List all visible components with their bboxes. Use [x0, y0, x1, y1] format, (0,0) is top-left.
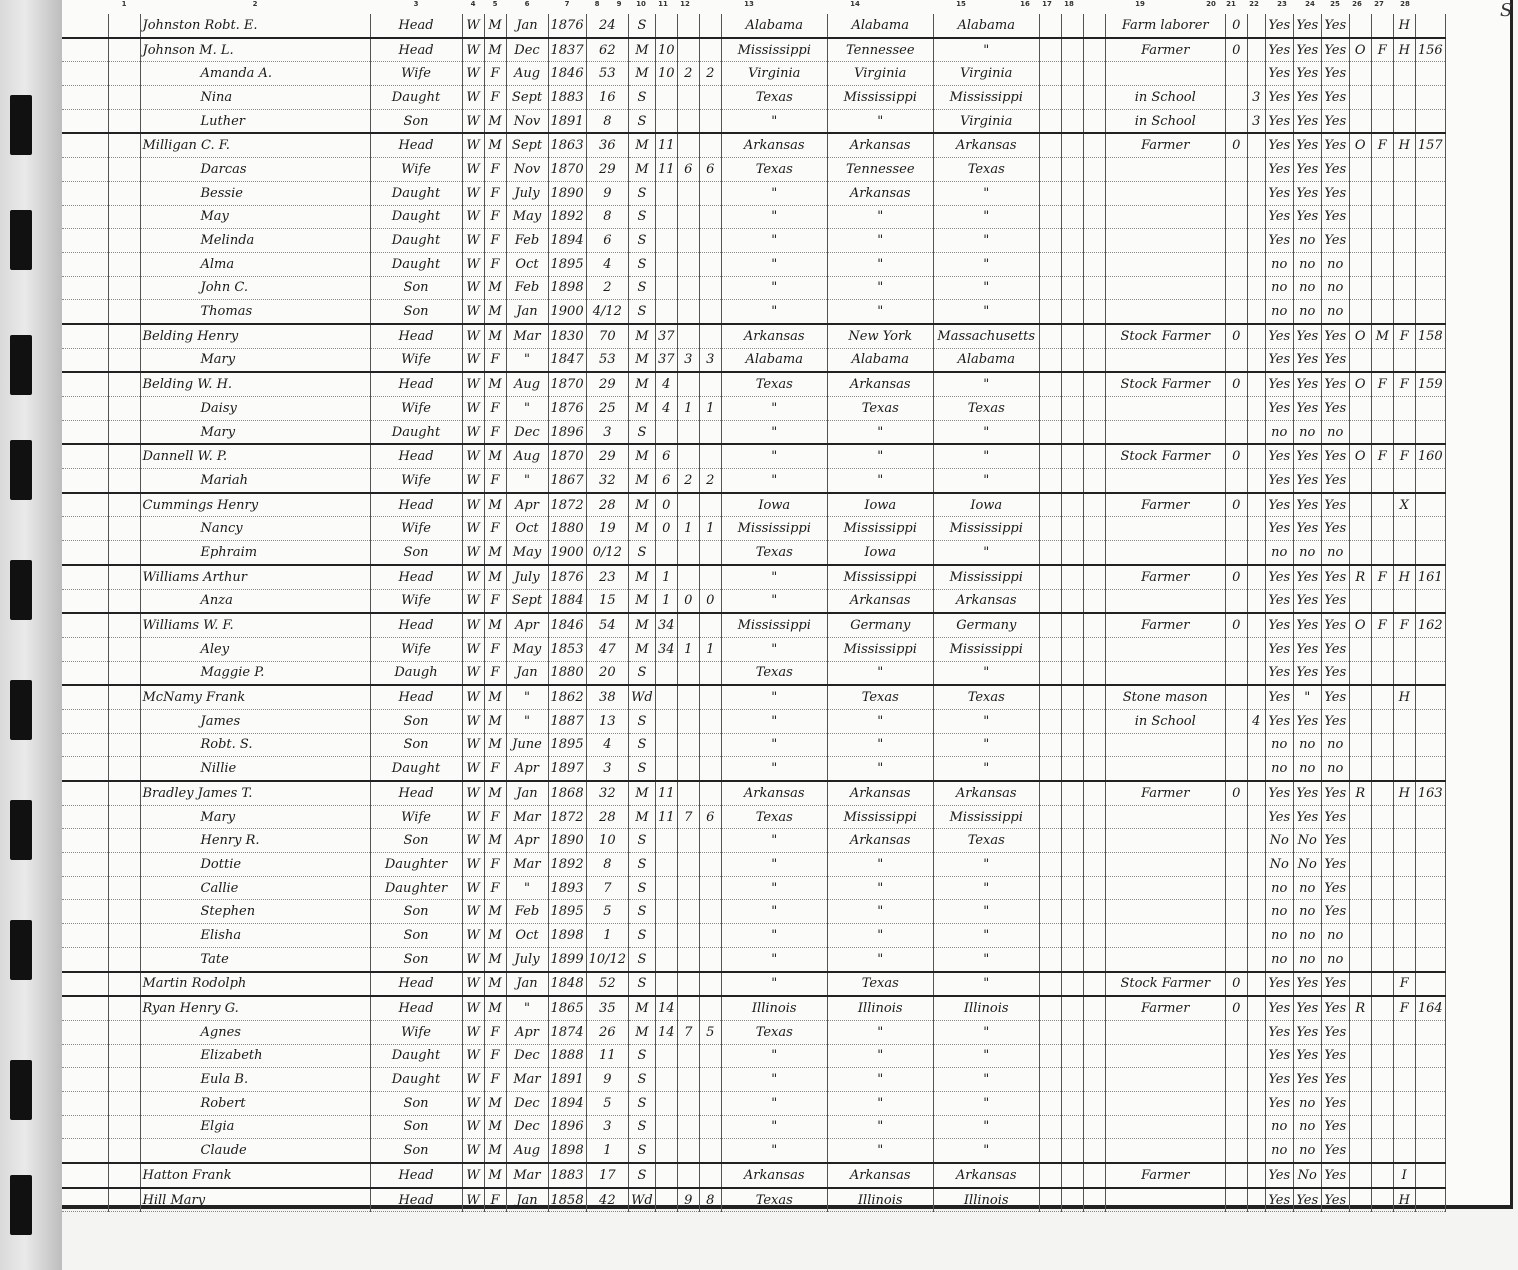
months-unemployed-cell	[1225, 733, 1247, 757]
census-row: Dannell W. P.HeadWMAug187029M6"""Stock F…	[62, 444, 1445, 468]
father-birthplace-cell: "	[827, 1068, 933, 1092]
birth-year-cell: 1872	[548, 493, 586, 517]
farm-schedule-cell	[1415, 181, 1445, 205]
free-mortgaged-cell: M	[1371, 324, 1393, 348]
col-16-cell	[1039, 613, 1061, 637]
mother-birthplace-cell: "	[933, 661, 1039, 685]
farm-schedule-cell	[1415, 757, 1445, 781]
birth-year-cell: 1846	[548, 62, 586, 86]
birth-year-cell: 1891	[548, 109, 586, 133]
marital-cell: S	[629, 229, 656, 253]
farm-schedule-cell	[1415, 1044, 1445, 1068]
father-birthplace-cell: Virginia	[827, 62, 933, 86]
children-born-cell	[677, 1139, 699, 1163]
children-born-cell	[677, 685, 699, 709]
birth-year-cell: 1848	[548, 972, 586, 997]
margin-family-cell	[108, 493, 140, 517]
birthplace-cell: "	[721, 1044, 827, 1068]
census-row: Eula B.DaughtWFMar18919S"""YesYesYes	[62, 1068, 1445, 1092]
census-row: StephenSonWMFeb18955S"""nonoYes	[62, 900, 1445, 924]
farm-schedule-cell	[1415, 1068, 1445, 1092]
col-18-cell	[1083, 1139, 1105, 1163]
father-birthplace-cell: Arkansas	[827, 829, 933, 853]
census-row: Belding HenryHeadWMMar183070M37ArkansasN…	[62, 324, 1445, 348]
children-living-cell	[699, 613, 721, 637]
margin-family-cell	[108, 996, 140, 1020]
farm-schedule-cell	[1415, 853, 1445, 877]
farm-schedule-cell: 158	[1415, 324, 1445, 348]
color-cell: W	[462, 876, 484, 900]
birth-month-cell: Mar	[506, 1068, 548, 1092]
marital-cell: M	[629, 372, 656, 396]
school-months-cell	[1247, 1163, 1265, 1188]
can-read-cell: no	[1265, 757, 1293, 781]
birth-year-cell: 1896	[548, 420, 586, 444]
age-cell: 53	[586, 62, 628, 86]
col-16-cell	[1039, 1188, 1061, 1212]
marital-cell: M	[629, 62, 656, 86]
free-mortgaged-cell	[1371, 996, 1393, 1020]
relation-cell: Son	[370, 924, 462, 948]
years-married-cell	[655, 1091, 677, 1115]
name-cell: Stephen	[140, 900, 370, 924]
relation-cell: Son	[370, 109, 462, 133]
birth-year-cell: 1900	[548, 300, 586, 324]
speaks-english-cell: Yes	[1321, 158, 1349, 182]
col-16-cell	[1039, 86, 1061, 110]
school-months-cell	[1247, 541, 1265, 565]
birthplace-cell: "	[721, 1068, 827, 1092]
col-17-cell	[1061, 1139, 1083, 1163]
father-birthplace-cell: "	[827, 420, 933, 444]
census-row: Cummings HenryHeadWMApr187228M0IowaIowaI…	[62, 493, 1445, 517]
school-months-cell	[1247, 876, 1265, 900]
column-number: 5	[484, 0, 506, 14]
speaks-english-cell: Yes	[1321, 685, 1349, 709]
margin-dwelling-cell	[62, 86, 108, 110]
children-living-cell	[699, 205, 721, 229]
margin-family-cell	[108, 1020, 140, 1044]
mother-birthplace-cell: "	[933, 1115, 1039, 1139]
years-married-cell: 11	[655, 158, 677, 182]
owned-rented-cell	[1349, 1068, 1371, 1092]
margin-dwelling-cell	[62, 1115, 108, 1139]
census-row: NillieDaughtWFApr18973S"""nonono	[62, 757, 1445, 781]
can-write-cell: no	[1293, 1091, 1321, 1115]
can-read-cell: Yes	[1265, 805, 1293, 829]
children-living-cell	[699, 1044, 721, 1068]
column-number: 1	[108, 0, 140, 14]
farm-house-cell	[1393, 1068, 1415, 1092]
mother-birthplace-cell: "	[933, 900, 1039, 924]
can-write-cell: no	[1293, 276, 1321, 300]
census-row: AgnesWifeWFApr187426M1475Texas""YesYesYe…	[62, 1020, 1445, 1044]
mother-birthplace-cell: "	[933, 876, 1039, 900]
children-living-cell	[699, 229, 721, 253]
free-mortgaged-cell	[1371, 733, 1393, 757]
age-cell: 15	[586, 589, 628, 613]
speaks-english-cell: Yes	[1321, 853, 1349, 877]
months-unemployed-cell	[1225, 517, 1247, 541]
free-mortgaged-cell	[1371, 541, 1393, 565]
birth-year-cell: 1897	[548, 757, 586, 781]
children-born-cell	[677, 420, 699, 444]
birth-month-cell: Jan	[506, 781, 548, 805]
sex-cell: M	[484, 947, 506, 971]
farm-schedule-cell	[1415, 229, 1445, 253]
margin-dwelling-cell	[62, 397, 108, 421]
occupation-cell	[1105, 1044, 1225, 1068]
name-cell: Henry R.	[140, 829, 370, 853]
can-write-cell: Yes	[1293, 1068, 1321, 1092]
relation-cell: Wife	[370, 1020, 462, 1044]
marital-cell: S	[629, 300, 656, 324]
can-read-cell: Yes	[1265, 517, 1293, 541]
census-row: Milligan C. F.HeadWMSept186336M11Arkansa…	[62, 133, 1445, 157]
margin-family-cell	[108, 229, 140, 253]
age-cell: 28	[586, 493, 628, 517]
years-married-cell: 14	[655, 1020, 677, 1044]
birth-month-cell: Mar	[506, 324, 548, 348]
mother-birthplace-cell: Arkansas	[933, 1163, 1039, 1188]
relation-cell: Daught	[370, 1044, 462, 1068]
free-mortgaged-cell: F	[1371, 613, 1393, 637]
color-cell: W	[462, 853, 484, 877]
margin-family-cell	[108, 1188, 140, 1212]
relation-cell: Son	[370, 541, 462, 565]
col-16-cell	[1039, 947, 1061, 971]
free-mortgaged-cell	[1371, 14, 1393, 38]
col-16-cell	[1039, 444, 1061, 468]
margin-dwelling-cell	[62, 372, 108, 396]
months-unemployed-cell	[1225, 1044, 1247, 1068]
farm-schedule-cell: 157	[1415, 133, 1445, 157]
name-cell: Aley	[140, 637, 370, 661]
birthplace-cell: "	[721, 444, 827, 468]
relation-cell: Head	[370, 324, 462, 348]
children-living-cell	[699, 324, 721, 348]
col-17-cell	[1061, 637, 1083, 661]
months-unemployed-cell: 0	[1225, 493, 1247, 517]
column-number: 8	[586, 0, 608, 14]
margin-family-cell	[108, 517, 140, 541]
census-row: ElgiaSonWMDec18963S"""nonoYes	[62, 1115, 1445, 1139]
column-number: 7	[548, 0, 586, 14]
col-17-cell	[1061, 469, 1083, 493]
binder-hole	[10, 440, 32, 500]
farm-schedule-cell	[1415, 276, 1445, 300]
speaks-english-cell: Yes	[1321, 14, 1349, 38]
margin-family-cell	[108, 1163, 140, 1188]
margin-dwelling-cell	[62, 1044, 108, 1068]
months-unemployed-cell	[1225, 86, 1247, 110]
name-cell: Elisha	[140, 924, 370, 948]
farm-house-cell: X	[1393, 493, 1415, 517]
children-born-cell	[677, 541, 699, 565]
col-18-cell	[1083, 1068, 1105, 1092]
age-cell: 42	[586, 1188, 628, 1212]
margin-family-cell	[108, 853, 140, 877]
name-cell: Belding W. H.	[140, 372, 370, 396]
free-mortgaged-cell	[1371, 1139, 1393, 1163]
can-read-cell: no	[1265, 300, 1293, 324]
owned-rented-cell	[1349, 589, 1371, 613]
relation-cell: Son	[370, 1091, 462, 1115]
marital-cell: S	[629, 109, 656, 133]
birth-year-cell: 1895	[548, 900, 586, 924]
children-living-cell	[699, 300, 721, 324]
can-write-cell: no	[1293, 300, 1321, 324]
col-16-cell	[1039, 900, 1061, 924]
farm-schedule-cell	[1415, 252, 1445, 276]
farm-house-cell: H	[1393, 133, 1415, 157]
age-cell: 8	[586, 205, 628, 229]
can-write-cell: no	[1293, 229, 1321, 253]
census-row: Martin RodolphHeadWMJan184852S"Texas"Sto…	[62, 972, 1445, 997]
speaks-english-cell: Yes	[1321, 1068, 1349, 1092]
speaks-english-cell: Yes	[1321, 444, 1349, 468]
margin-family-cell	[108, 589, 140, 613]
years-married-cell: 37	[655, 324, 677, 348]
margin-dwelling-cell	[62, 62, 108, 86]
birth-year-cell: 1830	[548, 324, 586, 348]
marital-cell: M	[629, 348, 656, 372]
mother-birthplace-cell: Alabama	[933, 348, 1039, 372]
margin-family-cell	[108, 829, 140, 853]
farm-schedule-cell	[1415, 300, 1445, 324]
father-birthplace-cell: Iowa	[827, 493, 933, 517]
marital-cell: S	[629, 181, 656, 205]
relation-cell: Wife	[370, 469, 462, 493]
can-read-cell: no	[1265, 420, 1293, 444]
owned-rented-cell: R	[1349, 781, 1371, 805]
birth-month-cell: Mar	[506, 1163, 548, 1188]
farm-schedule-cell	[1415, 1091, 1445, 1115]
mother-birthplace-cell: "	[933, 276, 1039, 300]
father-birthplace-cell: "	[827, 709, 933, 733]
birth-month-cell: Apr	[506, 493, 548, 517]
col-16-cell	[1039, 661, 1061, 685]
farm-schedule-cell	[1415, 158, 1445, 182]
farm-house-cell: F	[1393, 324, 1415, 348]
mother-birthplace-cell: Mississippi	[933, 805, 1039, 829]
col-17-cell	[1061, 420, 1083, 444]
farm-house-cell: H	[1393, 1188, 1415, 1212]
birth-month-cell: "	[506, 709, 548, 733]
col-17-cell	[1061, 661, 1083, 685]
col-18-cell	[1083, 276, 1105, 300]
margin-family-cell	[108, 757, 140, 781]
speaks-english-cell: no	[1321, 300, 1349, 324]
relation-cell: Wife	[370, 517, 462, 541]
col-17-cell	[1061, 613, 1083, 637]
father-birthplace-cell: Illinois	[827, 996, 933, 1020]
free-mortgaged-cell	[1371, 420, 1393, 444]
mother-birthplace-cell: "	[933, 1139, 1039, 1163]
age-cell: 4/12	[586, 300, 628, 324]
name-cell: Mariah	[140, 469, 370, 493]
free-mortgaged-cell	[1371, 1115, 1393, 1139]
father-birthplace-cell: "	[827, 300, 933, 324]
can-read-cell: Yes	[1265, 109, 1293, 133]
color-cell: W	[462, 1044, 484, 1068]
column-number: 20	[1200, 0, 1222, 14]
margin-family-cell	[108, 1091, 140, 1115]
col-16-cell	[1039, 205, 1061, 229]
farm-schedule-cell	[1415, 86, 1445, 110]
col-18-cell	[1083, 1163, 1105, 1188]
col-16-cell	[1039, 252, 1061, 276]
census-row: Hatton FrankHeadWMMar188317SArkansasArka…	[62, 1163, 1445, 1188]
sex-cell: F	[484, 637, 506, 661]
can-write-cell: No	[1293, 1163, 1321, 1188]
col-17-cell	[1061, 541, 1083, 565]
birth-month-cell: Apr	[506, 757, 548, 781]
speaks-english-cell: Yes	[1321, 1091, 1349, 1115]
father-birthplace-cell: "	[827, 469, 933, 493]
children-born-cell	[677, 372, 699, 396]
speaks-english-cell: no	[1321, 420, 1349, 444]
birthplace-cell: "	[721, 685, 827, 709]
can-write-cell: no	[1293, 252, 1321, 276]
color-cell: W	[462, 996, 484, 1020]
sex-cell: F	[484, 205, 506, 229]
margin-family-cell	[108, 181, 140, 205]
farm-house-cell: H	[1393, 685, 1415, 709]
col-17-cell	[1061, 709, 1083, 733]
can-read-cell: No	[1265, 829, 1293, 853]
children-born-cell: 1	[677, 637, 699, 661]
column-number: 26	[1346, 0, 1368, 14]
column-number: 19	[1080, 0, 1200, 14]
census-row: JamesSonWM"188713S"""in School4YesYesYes	[62, 709, 1445, 733]
children-living-cell	[699, 829, 721, 853]
marital-cell: S	[629, 900, 656, 924]
can-write-cell: Yes	[1293, 637, 1321, 661]
speaks-english-cell: Yes	[1321, 876, 1349, 900]
birth-month-cell: Feb	[506, 276, 548, 300]
birth-month-cell: Dec	[506, 1091, 548, 1115]
sex-cell: F	[484, 757, 506, 781]
birth-month-cell: July	[506, 565, 548, 589]
marital-cell: S	[629, 541, 656, 565]
margin-family-cell	[108, 900, 140, 924]
free-mortgaged-cell	[1371, 757, 1393, 781]
color-cell: W	[462, 62, 484, 86]
can-read-cell: no	[1265, 947, 1293, 971]
months-unemployed-cell	[1225, 947, 1247, 971]
children-living-cell	[699, 661, 721, 685]
name-cell: Hill Mary	[140, 1188, 370, 1212]
occupation-cell	[1105, 805, 1225, 829]
birth-month-cell: May	[506, 637, 548, 661]
owned-rented-cell	[1349, 709, 1371, 733]
sex-cell: M	[484, 372, 506, 396]
years-married-cell: 11	[655, 133, 677, 157]
children-born-cell	[677, 86, 699, 110]
census-row: John C.SonWMFeb18982S"""nonono	[62, 276, 1445, 300]
can-read-cell: no	[1265, 276, 1293, 300]
relation-cell: Wife	[370, 158, 462, 182]
col-16-cell	[1039, 300, 1061, 324]
school-months-cell	[1247, 613, 1265, 637]
relation-cell: Daught	[370, 86, 462, 110]
birthplace-cell: "	[721, 757, 827, 781]
occupation-cell	[1105, 900, 1225, 924]
birth-year-cell: 1900	[548, 541, 586, 565]
mother-birthplace-cell: Texas	[933, 397, 1039, 421]
can-write-cell: No	[1293, 853, 1321, 877]
speaks-english-cell: Yes	[1321, 805, 1349, 829]
farm-house-cell	[1393, 924, 1415, 948]
birth-year-cell: 1899	[548, 947, 586, 971]
speaks-english-cell: Yes	[1321, 613, 1349, 637]
children-born-cell	[677, 181, 699, 205]
can-read-cell: Yes	[1265, 38, 1293, 62]
census-row: NinaDaughtWFSept188316STexasMississippiM…	[62, 86, 1445, 110]
birth-year-cell: 1898	[548, 276, 586, 300]
col-18-cell	[1083, 372, 1105, 396]
years-married-cell	[655, 205, 677, 229]
age-cell: 10/12	[586, 947, 628, 971]
years-married-cell	[655, 181, 677, 205]
years-married-cell: 1	[655, 589, 677, 613]
col-18-cell	[1083, 781, 1105, 805]
years-married-cell: 11	[655, 805, 677, 829]
children-born-cell	[677, 1163, 699, 1188]
col-16-cell	[1039, 62, 1061, 86]
father-birthplace-cell: Mississippi	[827, 86, 933, 110]
free-mortgaged-cell	[1371, 589, 1393, 613]
children-living-cell	[699, 420, 721, 444]
children-born-cell	[677, 900, 699, 924]
school-months-cell	[1247, 229, 1265, 253]
col-16-cell	[1039, 158, 1061, 182]
can-write-cell: Yes	[1293, 38, 1321, 62]
margin-family-cell	[108, 541, 140, 565]
years-married-cell	[655, 661, 677, 685]
margin-family-cell	[108, 158, 140, 182]
sex-cell: F	[484, 348, 506, 372]
census-row: Hill MaryHeadWFJan185842Wd98TexasIllinoi…	[62, 1188, 1445, 1212]
col-17-cell	[1061, 252, 1083, 276]
birth-month-cell: Jan	[506, 661, 548, 685]
occupation-cell	[1105, 1020, 1225, 1044]
relation-cell: Daught	[370, 205, 462, 229]
col-18-cell	[1083, 517, 1105, 541]
column-number: 23	[1268, 0, 1296, 14]
farm-schedule-cell	[1415, 924, 1445, 948]
col-17-cell	[1061, 205, 1083, 229]
age-cell: 35	[586, 996, 628, 1020]
col-18-cell	[1083, 181, 1105, 205]
birthplace-cell: Texas	[721, 1188, 827, 1212]
farm-house-cell	[1393, 637, 1415, 661]
name-cell: Johnston Robt. E.	[140, 14, 370, 38]
owned-rented-cell	[1349, 14, 1371, 38]
relation-cell: Daugh	[370, 661, 462, 685]
relation-cell: Wife	[370, 397, 462, 421]
months-unemployed-cell	[1225, 829, 1247, 853]
farm-schedule-cell	[1415, 685, 1445, 709]
color-cell: W	[462, 181, 484, 205]
sex-cell: F	[484, 181, 506, 205]
children-born-cell: 3	[677, 348, 699, 372]
column-number: 27	[1368, 0, 1390, 14]
months-unemployed-cell: 0	[1225, 972, 1247, 997]
birth-year-cell: 1895	[548, 252, 586, 276]
can-write-cell: no	[1293, 947, 1321, 971]
